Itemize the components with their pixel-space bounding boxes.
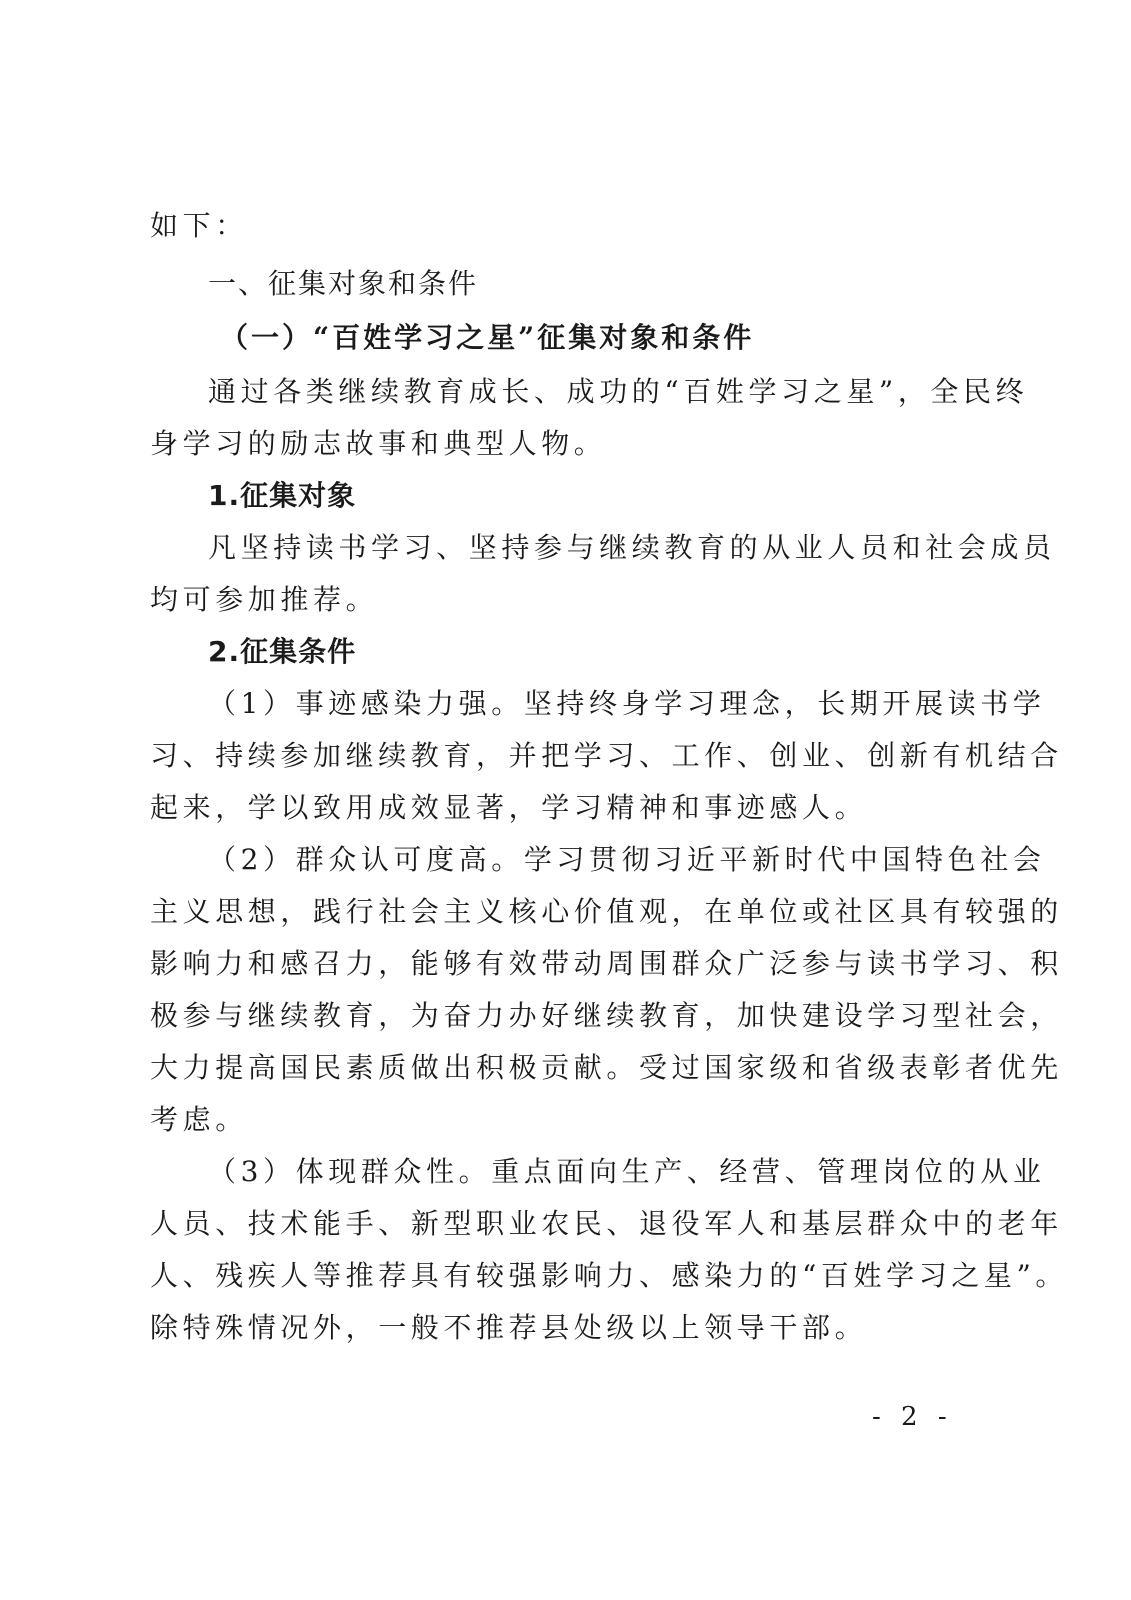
condition-2-line: 影响力和感召力，能够有效带动周围群众广泛参与读书学习、积 <box>150 944 1063 984</box>
intro-line: 如下： <box>150 206 248 246</box>
paragraph-line: 凡坚持读书学习、坚持参与继续教育的从业人员和社会成员 <box>208 528 1056 568</box>
subsection-heading-1: （一）“百姓学习之星”征集对象和条件 <box>220 318 754 358</box>
condition-2-line: （2）群众认可度高。学习贯彻习近平新时代中国特色社会 <box>208 840 1045 880</box>
paragraph-line: 身学习的励志故事和典型人物。 <box>150 424 606 464</box>
condition-3-line: 除特殊情况外，一般不推荐县处级以上领导干部。 <box>150 1308 867 1348</box>
item-heading-2: 2.征集条件 <box>208 632 356 672</box>
condition-1-line: （1）事迹感染力强。坚持终身学习理念，长期开展读书学 <box>208 684 1045 724</box>
paragraph-line: 通过各类继续教育成长、成功的“百姓学习之星”，全民终 <box>208 372 1028 412</box>
paragraph-line: 均可参加推荐。 <box>150 580 378 620</box>
condition-2-line: 极参与继续教育，为奋力办好继续教育，加快建设学习型社会， <box>150 996 1063 1036</box>
condition-3-line: （3）体现群众性。重点面向生产、经营、管理岗位的从业 <box>208 1152 1045 1192</box>
condition-1-line: 起来，学以致用成效显著，学习精神和事迹感人。 <box>150 788 867 828</box>
page-number: - 2 - <box>872 1402 953 1432</box>
item-heading-1: 1.征集对象 <box>208 476 356 516</box>
condition-2-line: 主义思想，践行社会主义核心价值观，在单位或社区具有较强的 <box>150 892 1063 932</box>
condition-2-line: 考虑。 <box>150 1100 248 1140</box>
condition-2-line: 大力提高国民素质做出积极贡献。受过国家级和省级表彰者优先 <box>150 1048 1063 1088</box>
section-heading-1: 一、征集对象和条件 <box>208 264 478 304</box>
condition-3-line: 人、残疾人等推荐具有较强影响力、感染力的“百姓学习之星”。 <box>150 1256 1068 1296</box>
condition-3-line: 人员、技术能手、新型职业农民、退役军人和基层群众中的老年 <box>150 1204 1063 1244</box>
condition-1-line: 习、持续参加继续教育，并把学习、工作、创业、创新有机结合 <box>150 736 1063 776</box>
